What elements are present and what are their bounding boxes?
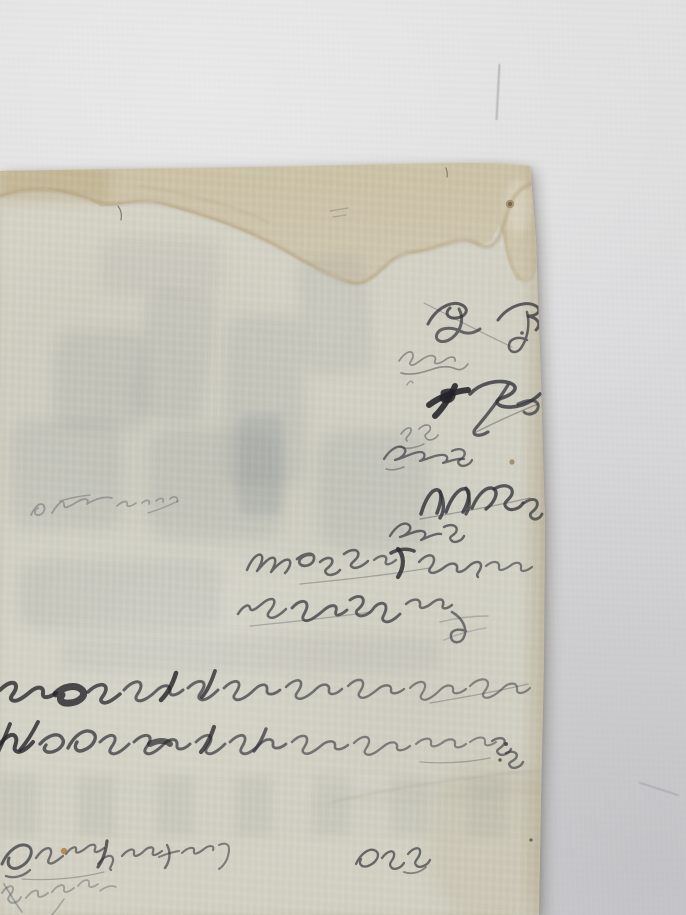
ink-stroke-bottom-faint-scrawl: [2, 886, 21, 903]
ink-stroke-scrawl-row2: [292, 601, 347, 620]
ink-stroke-scrawl-zums: [444, 525, 464, 542]
ink-stroke-dense-lineB: [292, 736, 348, 754]
ink-stroke-faint-left-scrawl: [52, 497, 112, 513]
ink-stroke-scrawl-chain: [452, 449, 472, 466]
ink-stroke-scrawl-row1: [486, 562, 532, 571]
ink-stroke-bottom-right-scrawl: [382, 851, 404, 869]
ink-stroke-bold-mahr: [524, 499, 542, 519]
ink-stroke-scrawl-row2: [238, 599, 286, 618]
ink-stroke-scrawl-row2: [350, 596, 400, 621]
ink-stroke-scrawl-row1: [344, 550, 368, 568]
ink-stroke-scrawl-tug: [436, 309, 480, 341]
ink-stroke-scrawl-row1: [419, 555, 481, 577]
ink-stroke-bottom-faint-scrawl: [26, 891, 48, 898]
ink-stroke-crease-line: [332, 770, 544, 802]
ink-stroke-bottom-left-scrawl: [98, 856, 113, 870]
ink-stroke-scrawl-row1: [297, 554, 314, 566]
ink-stroke-bottom-left-scrawl: [165, 845, 169, 868]
ink-stroke-bottom-left-scrawl: [182, 846, 213, 854]
ink-stroke-scrawl-g-flourish: [498, 304, 539, 330]
ink-stroke-bottom-faint-scrawl: [52, 885, 74, 892]
spot: [520, 331, 524, 335]
ink-stroke-dense-lineB: [506, 752, 523, 768]
ink-stroke-bottom-left-scrawl: [66, 845, 104, 854]
ink-stroke-bottom-left-scrawl: [219, 844, 229, 869]
ink-stroke-dense-lineA: [286, 680, 342, 698]
ink-stroke-scrawl-row2: [406, 599, 452, 608]
ink-stroke-dense-lineB: [354, 737, 410, 755]
ink-stroke-small-marks: [401, 428, 411, 441]
ink-stroke-faint-stain-mark: [330, 208, 348, 217]
ink-stroke-dense-lineA: [88, 685, 120, 703]
ink-stroke-bottom-faint-scrawl: [78, 880, 98, 887]
ink-stroke-tide-line: [505, 232, 537, 281]
ink-stroke-dense-lineA: [348, 680, 404, 698]
ink-stroke-bottom-left-scrawl: [122, 847, 162, 856]
ink-stroke-scrawl-agues: [399, 352, 455, 365]
spot: [504, 742, 508, 746]
ink-stroke-scrawl-row1: [320, 558, 340, 575]
ink-stroke-bottom-left-scrawl: [2, 845, 31, 868]
ink-stroke-scrawl-zums: [390, 524, 441, 540]
ink-stroke-paper-fiber: [446, 168, 447, 177]
ink-stroke-scrawl-chain: [384, 447, 464, 463]
ink-stroke-scrawl-z: [474, 385, 508, 435]
ink-stroke-small-marks: [419, 425, 438, 440]
ink-stroke-bottom-faint-scrawl: [100, 886, 116, 891]
ink-stroke-bottom-right-scrawl: [356, 850, 378, 867]
spot: [529, 838, 532, 841]
ink-stroke-dense-lineB: [416, 739, 466, 748]
ink-stroke-scrawl-row1: [300, 568, 430, 584]
spot: [61, 848, 67, 854]
ink-stroke-scrawl-row2: [440, 616, 488, 622]
ink-stroke-scrawl-chain: [386, 467, 404, 470]
ink-stroke-dense-lineA: [124, 682, 183, 701]
ink-stroke-faint-left-scrawl: [60, 495, 90, 501]
ink-stroke-dense-lineA: [0, 683, 56, 701]
ink-stroke-tide-line: [0, 180, 545, 283]
spot: [509, 459, 514, 464]
ink-stroke-dense-lineA: [470, 679, 530, 697]
ink-stroke-scrawl-row2: [451, 612, 466, 642]
manuscript-paper-shadow: [0, 0, 686, 915]
ink-stroke-dense-lineB: [40, 735, 63, 752]
ink-stroke-faint-left-scrawl: [31, 504, 45, 515]
ink-stroke-dense-lineA: [56, 687, 84, 704]
ink-stroke-bold-mahr: [446, 489, 469, 512]
ink-stroke-scrawl-row1: [374, 556, 396, 564]
ink-stroke-scrawl-row1: [247, 555, 290, 573]
ink-stroke-dense-lineA: [410, 682, 466, 700]
ink-stroke-scrawl-agues: [407, 381, 413, 385]
handwriting-ink-layer: [0, 0, 686, 915]
ink-stroke-dense-lineB: [150, 741, 170, 744]
ink-stroke-bottom-left-scrawl: [6, 870, 30, 877]
manuscript-paper: [0, 0, 686, 915]
photo-of-manuscript: { "palette": { "background": "#d9d9db", …: [0, 0, 686, 915]
ink-stroke-dense-lineB: [68, 731, 95, 751]
ink-stroke-dense-lineA: [224, 681, 280, 699]
ink-stroke-bottom-left-scrawl: [22, 872, 104, 880]
ink-stroke-bottom-faint-scrawl: [52, 899, 64, 915]
ink-stroke-paper-fiber: [118, 206, 121, 220]
ink-stroke-scrawl-g-flourish: [509, 312, 528, 352]
ink-stroke-bold-mahr: [494, 486, 523, 510]
spot: [508, 202, 512, 206]
ink-stroke-bottom-right-scrawl: [408, 848, 430, 867]
spot: [498, 758, 501, 761]
ink-stroke-scrawl-z: [470, 381, 540, 407]
ink-stroke-dense-lineB: [100, 735, 129, 753]
ink-stroke-bottom-left-scrawl: [36, 848, 63, 863]
ink-stroke-bold-mahr: [421, 490, 441, 514]
ink-stroke-bottom-right-scrawl: [404, 867, 426, 873]
ink-stroke-dense-lineB: [420, 758, 490, 763]
